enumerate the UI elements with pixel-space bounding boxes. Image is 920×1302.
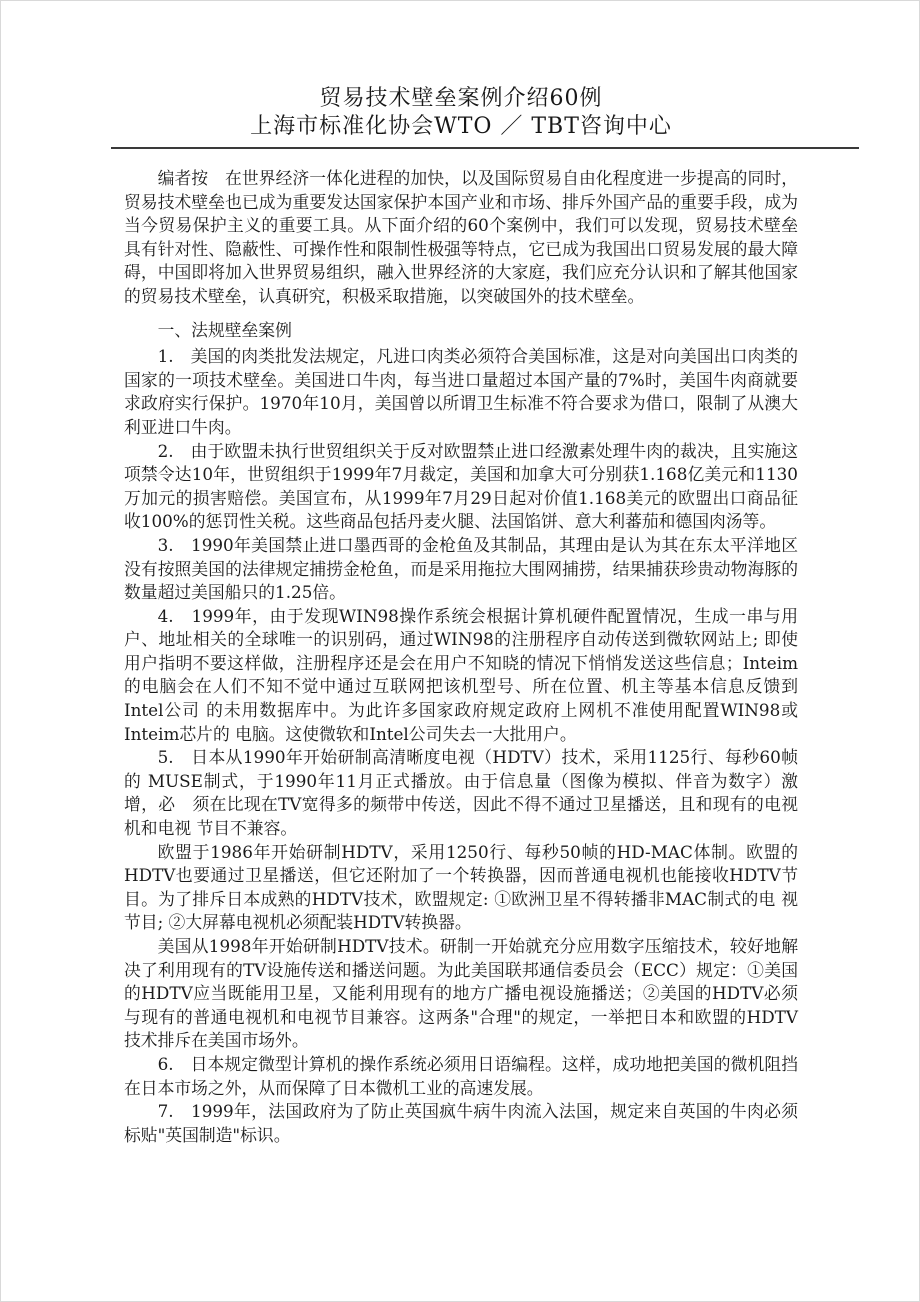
paragraph: 7. 1999年，法国政府为了防止英国疯牛病牛肉流入法国，规定来自英国的牛肉必须… xyxy=(124,1100,798,1147)
paragraph: 6. 日本规定微型计算机的操作系统必须用日语编程。这样，成功地把美国的微机阻挡在… xyxy=(124,1053,798,1100)
paragraph: 1. 美国的肉类批发法规定，凡进口肉类必须符合美国标准，这是对向美国出口肉类的国… xyxy=(124,345,798,439)
document-subtitle: 上海市标准化协会WTO ／ TBT咨询中心 xyxy=(1,113,920,141)
header-divider xyxy=(111,147,859,149)
document-page: 贸易技术壁垒案例介绍60例 上海市标准化协会WTO ／ TBT咨询中心 编者按 … xyxy=(0,0,920,1302)
section-heading: 一、法规壁垒案例 xyxy=(124,319,798,343)
document-body: 编者按 在世界经济一体化进程的加快，以及国际贸易自由化程度进一步提高的同时，贸易… xyxy=(124,167,798,1147)
paragraph: 5. 日本从1990年开始研制高清晰度电视（HDTV）技术，采用1125行、每秒… xyxy=(124,746,798,840)
document-title: 贸易技术壁垒案例介绍60例 xyxy=(1,85,920,113)
paragraph: 2. 由于欧盟未执行世贸组织关于反对欧盟禁止进口经激素处理牛肉的裁决，且实施这项… xyxy=(124,440,798,534)
document-header: 贸易技术壁垒案例介绍60例 上海市标准化协会WTO ／ TBT咨询中心 xyxy=(1,85,920,141)
paragraph: 4. 1999年，由于发现WIN98操作系统会根据计算机硬件配置情况，生成一串与… xyxy=(124,605,798,747)
paragraph: 编者按 在世界经济一体化进程的加快，以及国际贸易自由化程度进一步提高的同时，贸易… xyxy=(124,167,798,309)
paragraph: 美国从1998年开始研制HDTV技术。研制一开始就充分应用数字压缩技术，较好地解… xyxy=(124,935,798,1053)
paragraph: 3. 1990年美国禁止进口墨西哥的金枪鱼及其制品，其理由是认为其在东太平洋地区… xyxy=(124,534,798,605)
paragraph: 欧盟于1986年开始研制HDTV，采用1250行、每秒50帧的HD-MAC体制。… xyxy=(124,841,798,935)
